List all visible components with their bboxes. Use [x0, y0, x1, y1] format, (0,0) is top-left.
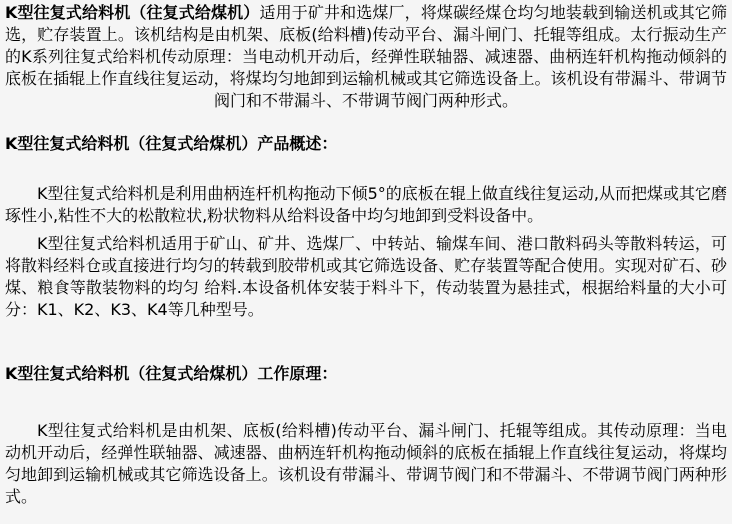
overview-paragraph-2: K型往复式给料机适用于矿山、矿井、选煤厂、中转站、输煤车间、港口散料码头等散料转…	[5, 233, 727, 321]
overview-paragraph-1: K型往复式给料机是利用曲柄连杆机构拖动下倾5°的底板在辊上做直线往复运动,从而把…	[5, 183, 727, 227]
principle-paragraph: K型往复式给料机是由机架、底板(给料槽)传动平台、漏斗闸门、托辊等组成。其传动原…	[5, 420, 727, 508]
section-heading-working-principle: K型往复式给料机（往复式给煤机）工作原理：	[5, 363, 727, 385]
intro-paragraph: K型往复式给料机（往复式给煤机）适用于矿井和选煤厂，将煤碳经煤仓均匀地装载到输送…	[5, 2, 727, 112]
section-heading-product-overview: K型往复式给料机（往复式给煤机）产品概述：	[5, 133, 727, 155]
intro-lead-bold: K型往复式给料机（往复式给煤机）	[5, 3, 259, 22]
article-page: K型往复式给料机（往复式给煤机）适用于矿井和选煤厂，将煤碳经煤仓均匀地装载到输送…	[0, 0, 732, 524]
